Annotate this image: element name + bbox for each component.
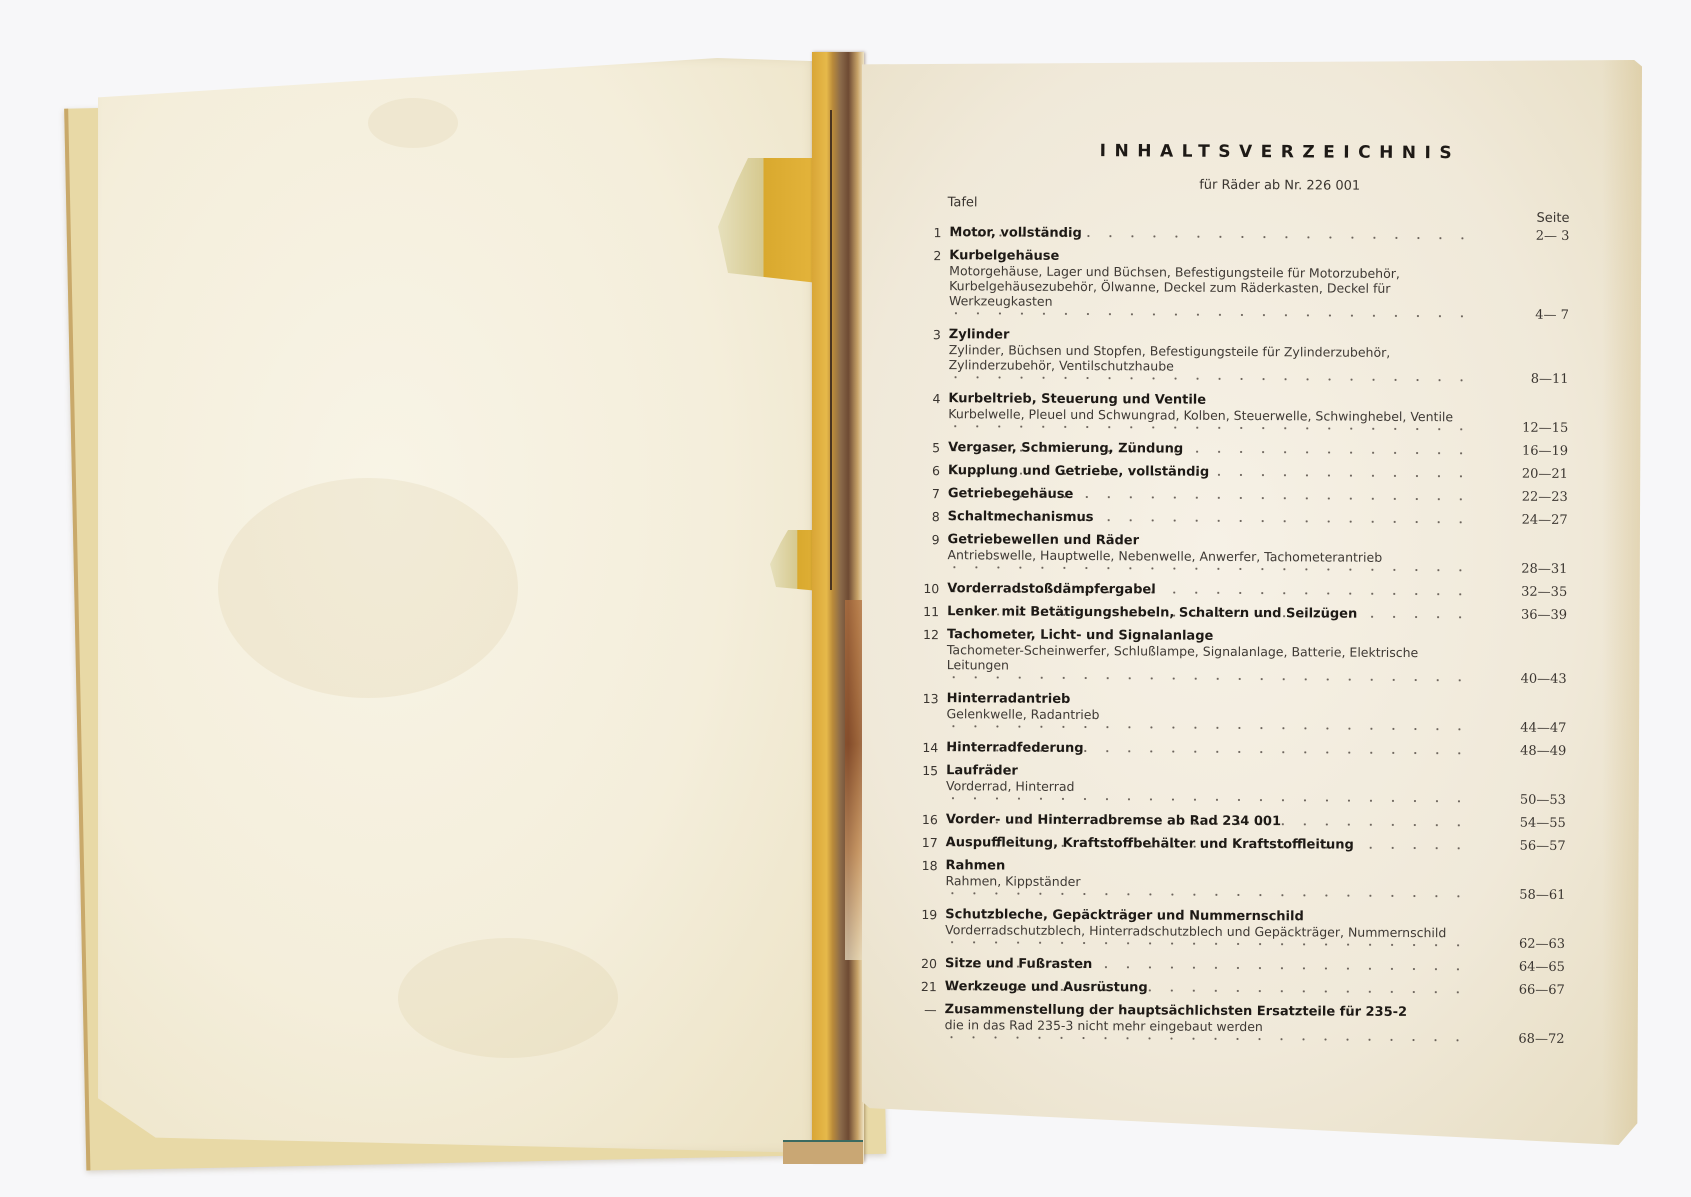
entry-pages: 68—72	[1484, 1031, 1564, 1046]
entry-description: Motorgehäuse, Lager und Büchsen, Befesti…	[949, 263, 1473, 311]
column-header-tafel: Tafel	[948, 195, 978, 210]
dot-leader	[947, 671, 1471, 686]
column-header-seite: Seite	[1537, 211, 1570, 226]
entry-title: Vergaser, Schmierung, Zündung	[948, 440, 1183, 456]
entry-pages: 48—49	[1486, 743, 1566, 758]
photo-stage: INHALTSVERZEICHNIS für Räder ab Nr. 226 …	[0, 0, 1691, 1197]
toc-entry: 6 Kupplung und Getriebe, vollständig 20—…	[918, 463, 1568, 482]
column-headers: Tafel Seite	[919, 195, 1569, 229]
spine-foot	[783, 1140, 863, 1164]
entry-pages: 8—11	[1489, 371, 1569, 386]
toc-entry: 9 Getriebewellen und Räder Antriebswelle…	[917, 532, 1567, 577]
toc-entry: 4 Kurbeltrieb, Steuerung und Ventile Kur…	[918, 391, 1568, 436]
entry-title: Hinterradantrieb	[947, 691, 1071, 707]
entry-pages: 22—23	[1488, 489, 1568, 504]
entry-description: Tachometer-Scheinwerfer, Schlußlampe, Si…	[947, 642, 1471, 675]
entry-number: 1	[919, 225, 941, 240]
entry-pages: 62—63	[1485, 936, 1565, 951]
entry-number: 6	[918, 463, 940, 478]
page-edge-shading	[1602, 60, 1642, 1145]
entry-pages: 44—47	[1486, 720, 1566, 735]
toc-entry: — Zusammenstellung der hauptsächlichsten…	[914, 1002, 1564, 1047]
toc-entry: 12 Tachometer, Licht- und Signalanlage T…	[917, 627, 1567, 687]
entry-title: Werkzeuge und Ausrüstung	[945, 979, 1148, 995]
toc-entry: 18 Rahmen Rahmen, Kippständer 58—61	[915, 858, 1565, 903]
dot-leader	[949, 307, 1473, 322]
entry-title: Sitze und Fußrasten	[945, 956, 1092, 972]
entry-title: Vorder- und Hinterradbremse ab Rad 234 0…	[946, 812, 1281, 829]
entry-title: Tachometer, Licht- und Signalanlage	[947, 627, 1213, 644]
entry-title: Vorderradstoßdämpfergabel	[947, 581, 1156, 597]
entry-number: 17	[916, 835, 938, 850]
spine-crease	[830, 110, 832, 590]
entry-number: 7	[918, 486, 940, 501]
entry-number: 2	[919, 248, 941, 263]
entry-pages: 24—27	[1488, 512, 1568, 527]
toc-entry: 13 Hinterradantrieb Gelenkwelle, Radantr…	[916, 691, 1566, 736]
entry-pages: 40—43	[1487, 671, 1567, 686]
entry-pages: 2— 3	[1489, 228, 1569, 243]
entry-title: Motor, vollständig	[949, 225, 1081, 241]
entry-number: 21	[915, 979, 937, 994]
entry-number: 18	[916, 858, 938, 873]
entry-title: Kurbelgehäuse	[949, 248, 1059, 264]
entry-pages: 54—55	[1486, 815, 1566, 830]
entry-number: 13	[917, 691, 939, 706]
entry-number: 8	[918, 509, 940, 524]
toc-entry: 11 Lenker mit Betätigungshebeln, Schalte…	[917, 604, 1567, 623]
entry-pages: 50—53	[1486, 792, 1566, 807]
toc-entry: 17 Auspuffleitung, Kraftstoffbehälter un…	[916, 835, 1566, 854]
toc-entry: 15 Laufräder Vorderrad, Hinterrad 50—53	[916, 763, 1566, 808]
entry-title: Hinterradfederung	[946, 740, 1083, 756]
stain	[398, 938, 618, 1058]
entry-title: Zylinder	[949, 327, 1010, 342]
dot-leader	[946, 720, 1470, 735]
toc-entry: 10 Vorderradstoßdämpfergabel 32—35	[917, 581, 1567, 600]
dot-leader	[949, 371, 1473, 386]
stain	[218, 478, 518, 698]
entry-description: Vorderradschutzblech, Hinterradschutzble…	[945, 922, 1469, 940]
entry-pages: 66—67	[1485, 982, 1565, 997]
entry-title: Laufräder	[946, 763, 1018, 778]
entry-title: Kupplung und Getriebe, vollständig	[948, 463, 1209, 480]
entry-description: Kurbelwelle, Pleuel und Schwungrad, Kolb…	[948, 406, 1472, 424]
toc-entry: 5 Vergaser, Schmierung, Zündung 16—19	[918, 440, 1568, 459]
stain	[368, 98, 458, 148]
toc-entry: 2 Kurbelgehäuse Motorgehäuse, Lager und …	[919, 248, 1569, 323]
toc-entry: 8 Schaltmechanismus 24—27	[918, 509, 1568, 528]
page-title: INHALTSVERZEICHNIS	[990, 140, 1570, 164]
entry-title: Auspuffleitung, Kraftstoffbehälter und K…	[946, 835, 1354, 852]
entry-pages: 16—19	[1488, 443, 1568, 458]
entry-number: 11	[917, 604, 939, 619]
entry-pages: 28—31	[1487, 561, 1567, 576]
entry-number: —	[915, 1002, 937, 1017]
dot-leader	[945, 887, 1469, 902]
entry-title: Getriebewellen und Räder	[948, 532, 1140, 548]
entry-pages: 64—65	[1485, 959, 1565, 974]
entry-title: Schaltmechanismus	[948, 509, 1094, 525]
entry-pages: 20—21	[1488, 466, 1568, 481]
toc-entry: 14 Hinterradfederung 48—49	[916, 740, 1566, 759]
toc-entry: 3 Zylinder Zylinder, Büchsen und Stopfen…	[919, 327, 1569, 387]
entry-title: Rahmen	[946, 858, 1006, 873]
entry-number: 5	[918, 440, 940, 455]
table-of-contents: INHALTSVERZEICHNIS für Räder ab Nr. 226 …	[914, 140, 1570, 1055]
entry-pages: 4— 7	[1489, 307, 1569, 322]
toc-entry: 1 Motor, vollständig 2— 3	[919, 225, 1569, 244]
entry-number: 14	[916, 740, 938, 755]
entry-number: 4	[918, 391, 940, 406]
entry-title: Kurbeltrieb, Steuerung und Ventile	[948, 391, 1206, 408]
entry-pages: 32—35	[1487, 584, 1567, 599]
page-subtitle: für Räder ab Nr. 226 001	[990, 176, 1570, 195]
toc-entry: 16 Vorder- und Hinterradbremse ab Rad 23…	[916, 812, 1566, 831]
entry-description: Zylinder, Büchsen und Stopfen, Befestigu…	[949, 342, 1473, 375]
entry-pages: 56—57	[1486, 838, 1566, 853]
entry-number: 10	[917, 581, 939, 596]
entry-description: Antriebswelle, Hauptwelle, Nebenwelle, A…	[947, 547, 1471, 565]
entry-number: 15	[916, 763, 938, 778]
entry-pages: 12—15	[1488, 420, 1568, 435]
entry-title: Getriebegehäuse	[948, 486, 1074, 502]
entry-number: 9	[918, 532, 940, 547]
entry-number: 3	[919, 327, 941, 342]
entry-number: 12	[917, 627, 939, 642]
entry-number: 20	[915, 956, 937, 971]
toc-entry: 19 Schutzbleche, Gepäckträger und Nummer…	[915, 907, 1565, 952]
entry-number: 16	[916, 812, 938, 827]
toc-entry: 7 Getriebegehäuse 22—23	[918, 486, 1568, 505]
left-blank-page	[98, 58, 818, 1153]
toc-entry: 20 Sitze und Fußrasten 64—65	[915, 956, 1565, 975]
toc-entry: 21 Werkzeuge und Ausrüstung 66—67	[915, 979, 1565, 998]
toc-list: 1 Motor, vollständig 2— 3 2 Kurbelgehäus…	[914, 225, 1569, 1047]
entry-pages: 58—61	[1485, 887, 1565, 902]
entry-number: 19	[915, 907, 937, 922]
entry-title: Lenker mit Betätigungshebeln, Schaltern …	[947, 604, 1357, 622]
dot-leader	[946, 792, 1470, 807]
entry-pages: 36—39	[1487, 607, 1567, 622]
